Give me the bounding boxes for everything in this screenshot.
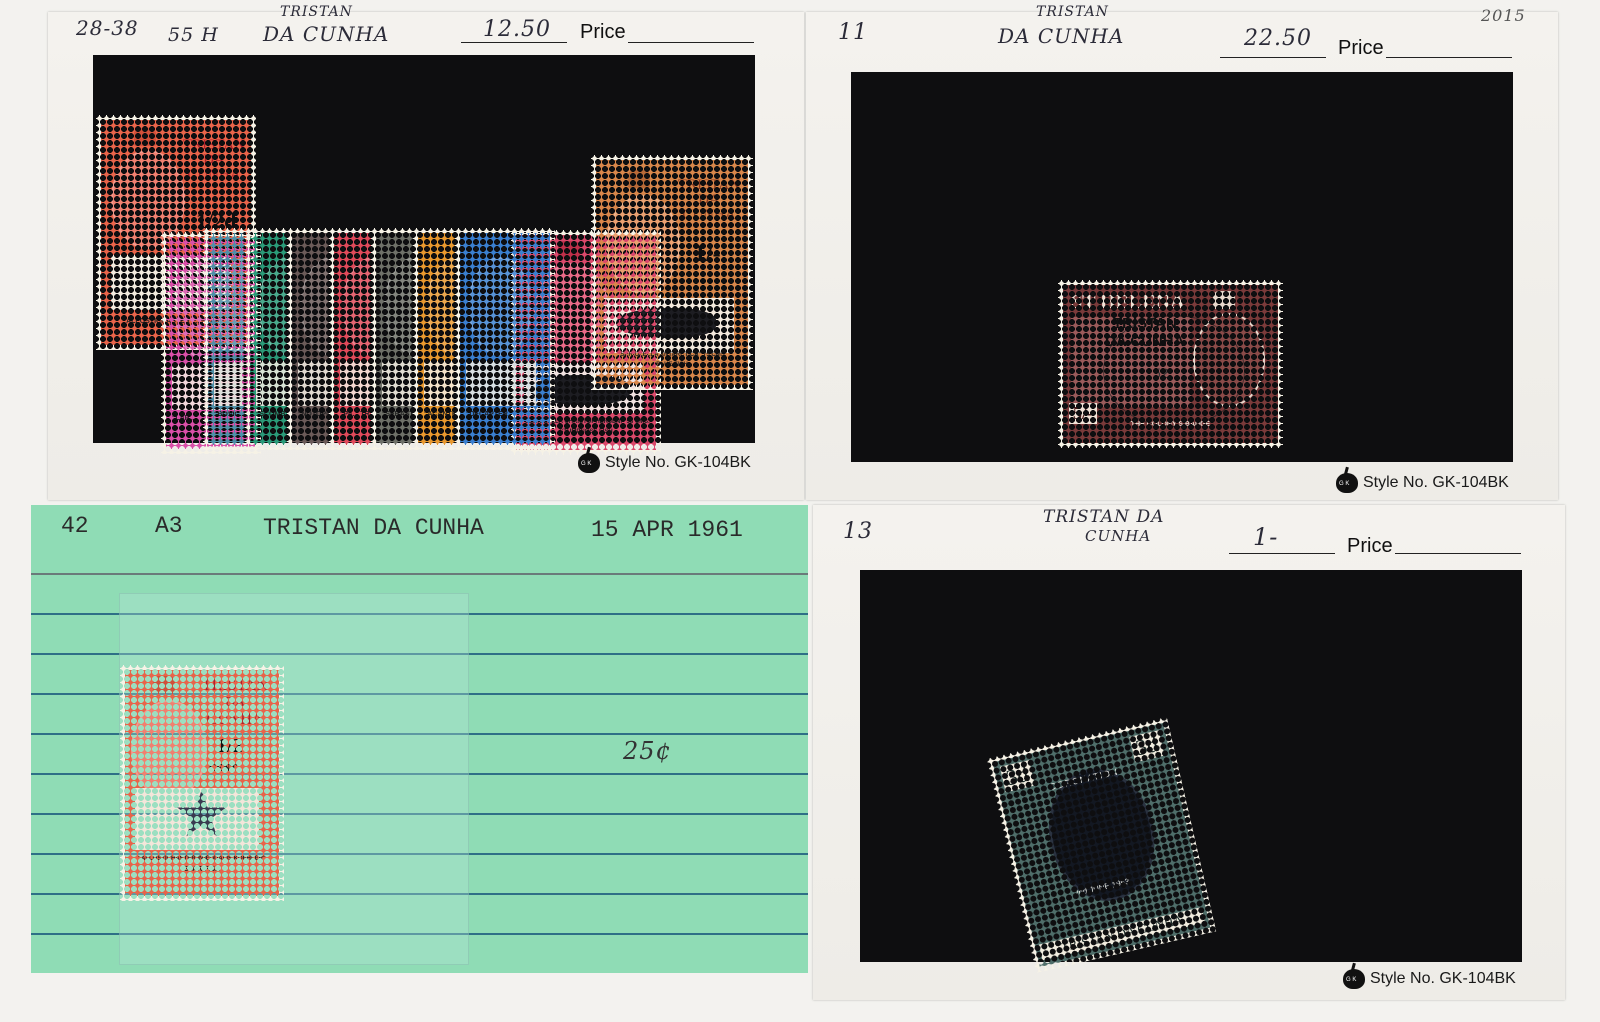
price-blank-line[interactable] xyxy=(1386,57,1512,58)
stamp-one-shilling[interactable]: TRISTAN DA CUNHA 1/- "SERIOLELLA ANTARCT… xyxy=(591,155,753,390)
corner-note: 2015 xyxy=(1481,6,1526,25)
price-written: 12.50 xyxy=(483,17,551,42)
price-label: Price xyxy=(1338,37,1384,60)
catalog-numbers: 11 xyxy=(838,20,868,45)
style-number-text: Style No. GK-104BK xyxy=(1363,474,1509,492)
stamp-half-cent-starfish[interactable]: TRISTAN DA CUNHA 1/2 CENT ★ "ALLOSTICHAS… xyxy=(120,665,284,901)
stamp-title-2: DA xyxy=(201,696,269,710)
catalog-numbers: 13 xyxy=(843,519,873,544)
stamp-short-set[interactable]: "DECAPTER... xyxy=(455,228,555,450)
stock-card-top-right: 11 TRISTAN DA CUNHA 2015 22.50 Price ST … xyxy=(806,12,1558,500)
stamp-caption-2: STAR FISH xyxy=(125,866,279,873)
country-line1: TRISTAN DA xyxy=(1043,507,1164,527)
style-number: Style No. GK-104BK xyxy=(578,453,751,473)
style-number-text: Style No. GK-104BK xyxy=(1370,970,1516,988)
type-code: A3 xyxy=(155,513,183,539)
country-line1: TRISTAN xyxy=(280,4,353,20)
price-written-line xyxy=(1229,553,1335,554)
issue-date: 15 APR 1961 xyxy=(591,517,743,543)
stamp-caption: THE COLONY'S BADGE xyxy=(1063,421,1278,428)
apple-logo-icon xyxy=(578,453,600,473)
starfish-illustration: ★ xyxy=(173,782,230,846)
price-written: 1- xyxy=(1253,523,1278,551)
country-line1: TRISTAN xyxy=(1036,4,1109,20)
catalog-numbers: 28-38 xyxy=(76,16,139,40)
stamp-title-3: CUNHA xyxy=(201,712,269,728)
stamp-title: TRISTAN DA CUNHA xyxy=(179,138,249,183)
price-written-line xyxy=(461,42,567,43)
denomination-right: 3d xyxy=(1129,730,1164,762)
style-number-text: Style No. GK-104BK xyxy=(605,454,751,472)
stamp-caption-2: BLUE FISH xyxy=(596,362,748,368)
stock-card-bottom-right: 13 TRISTAN DA CUNHA 1- Price 3d 3d CORON… xyxy=(813,505,1565,1000)
denomination-unit: CENT xyxy=(209,764,237,774)
price-written: 22.50 xyxy=(1244,26,1312,51)
stamp-title-1: TRISTAN xyxy=(201,678,269,694)
price-label: Price xyxy=(1347,535,1393,558)
condition-note: 55 H xyxy=(168,24,219,46)
price-blank-line[interactable] xyxy=(1395,553,1521,554)
country-line2: CUNHA xyxy=(1085,527,1151,545)
denomination: 1/- xyxy=(694,242,721,266)
price-written-line xyxy=(1220,57,1326,58)
index-card-bottom-left: 42 A3 TRISTAN DA CUNHA 15 APR 1961 TRIST… xyxy=(31,505,808,973)
price-label: Price xyxy=(580,21,626,44)
stamp-st-helena-overprint[interactable]: ST HELENA TRISTAN DA CUNHA 52 5/- THE CO… xyxy=(1058,280,1283,448)
postmark-year: 52 xyxy=(1153,365,1169,381)
style-number: Style No. GK-104BK xyxy=(1343,969,1516,989)
stamp-caption: "SERIOLELLA ANTARCTICA" 75 CMS. xyxy=(596,352,748,358)
stamp-title: ST HELENA xyxy=(1071,291,1185,314)
denomination: 1/2 xyxy=(217,736,243,756)
stamp-caption: "DECAPTER... xyxy=(466,411,550,418)
pencil-price-note: 25¢ xyxy=(623,737,672,765)
country-line2: DA CUNHA xyxy=(263,22,389,46)
country: TRISTAN DA CUNHA xyxy=(263,515,484,541)
catalog-number: 42 xyxy=(61,513,89,539)
apple-logo-icon xyxy=(1336,473,1358,493)
fish-illustration xyxy=(616,308,716,338)
stamp-caption: "ALLOSTICHASTER INÆQUALIS KOEHLER" xyxy=(125,856,279,862)
stamp-title: TRISTAN DA CUNHA xyxy=(674,178,744,223)
style-number: Style No. GK-104BK xyxy=(1336,473,1509,493)
stock-card-top-left: 28-38 55 H TRISTAN DA CUNHA 12.50 Price … xyxy=(48,12,804,500)
apple-logo-icon xyxy=(1343,969,1365,989)
country-line2: DA CUNHA xyxy=(998,24,1124,48)
price-blank-line[interactable] xyxy=(628,42,754,43)
postmark xyxy=(1103,315,1245,427)
denomination-left: 3d xyxy=(1000,760,1035,792)
